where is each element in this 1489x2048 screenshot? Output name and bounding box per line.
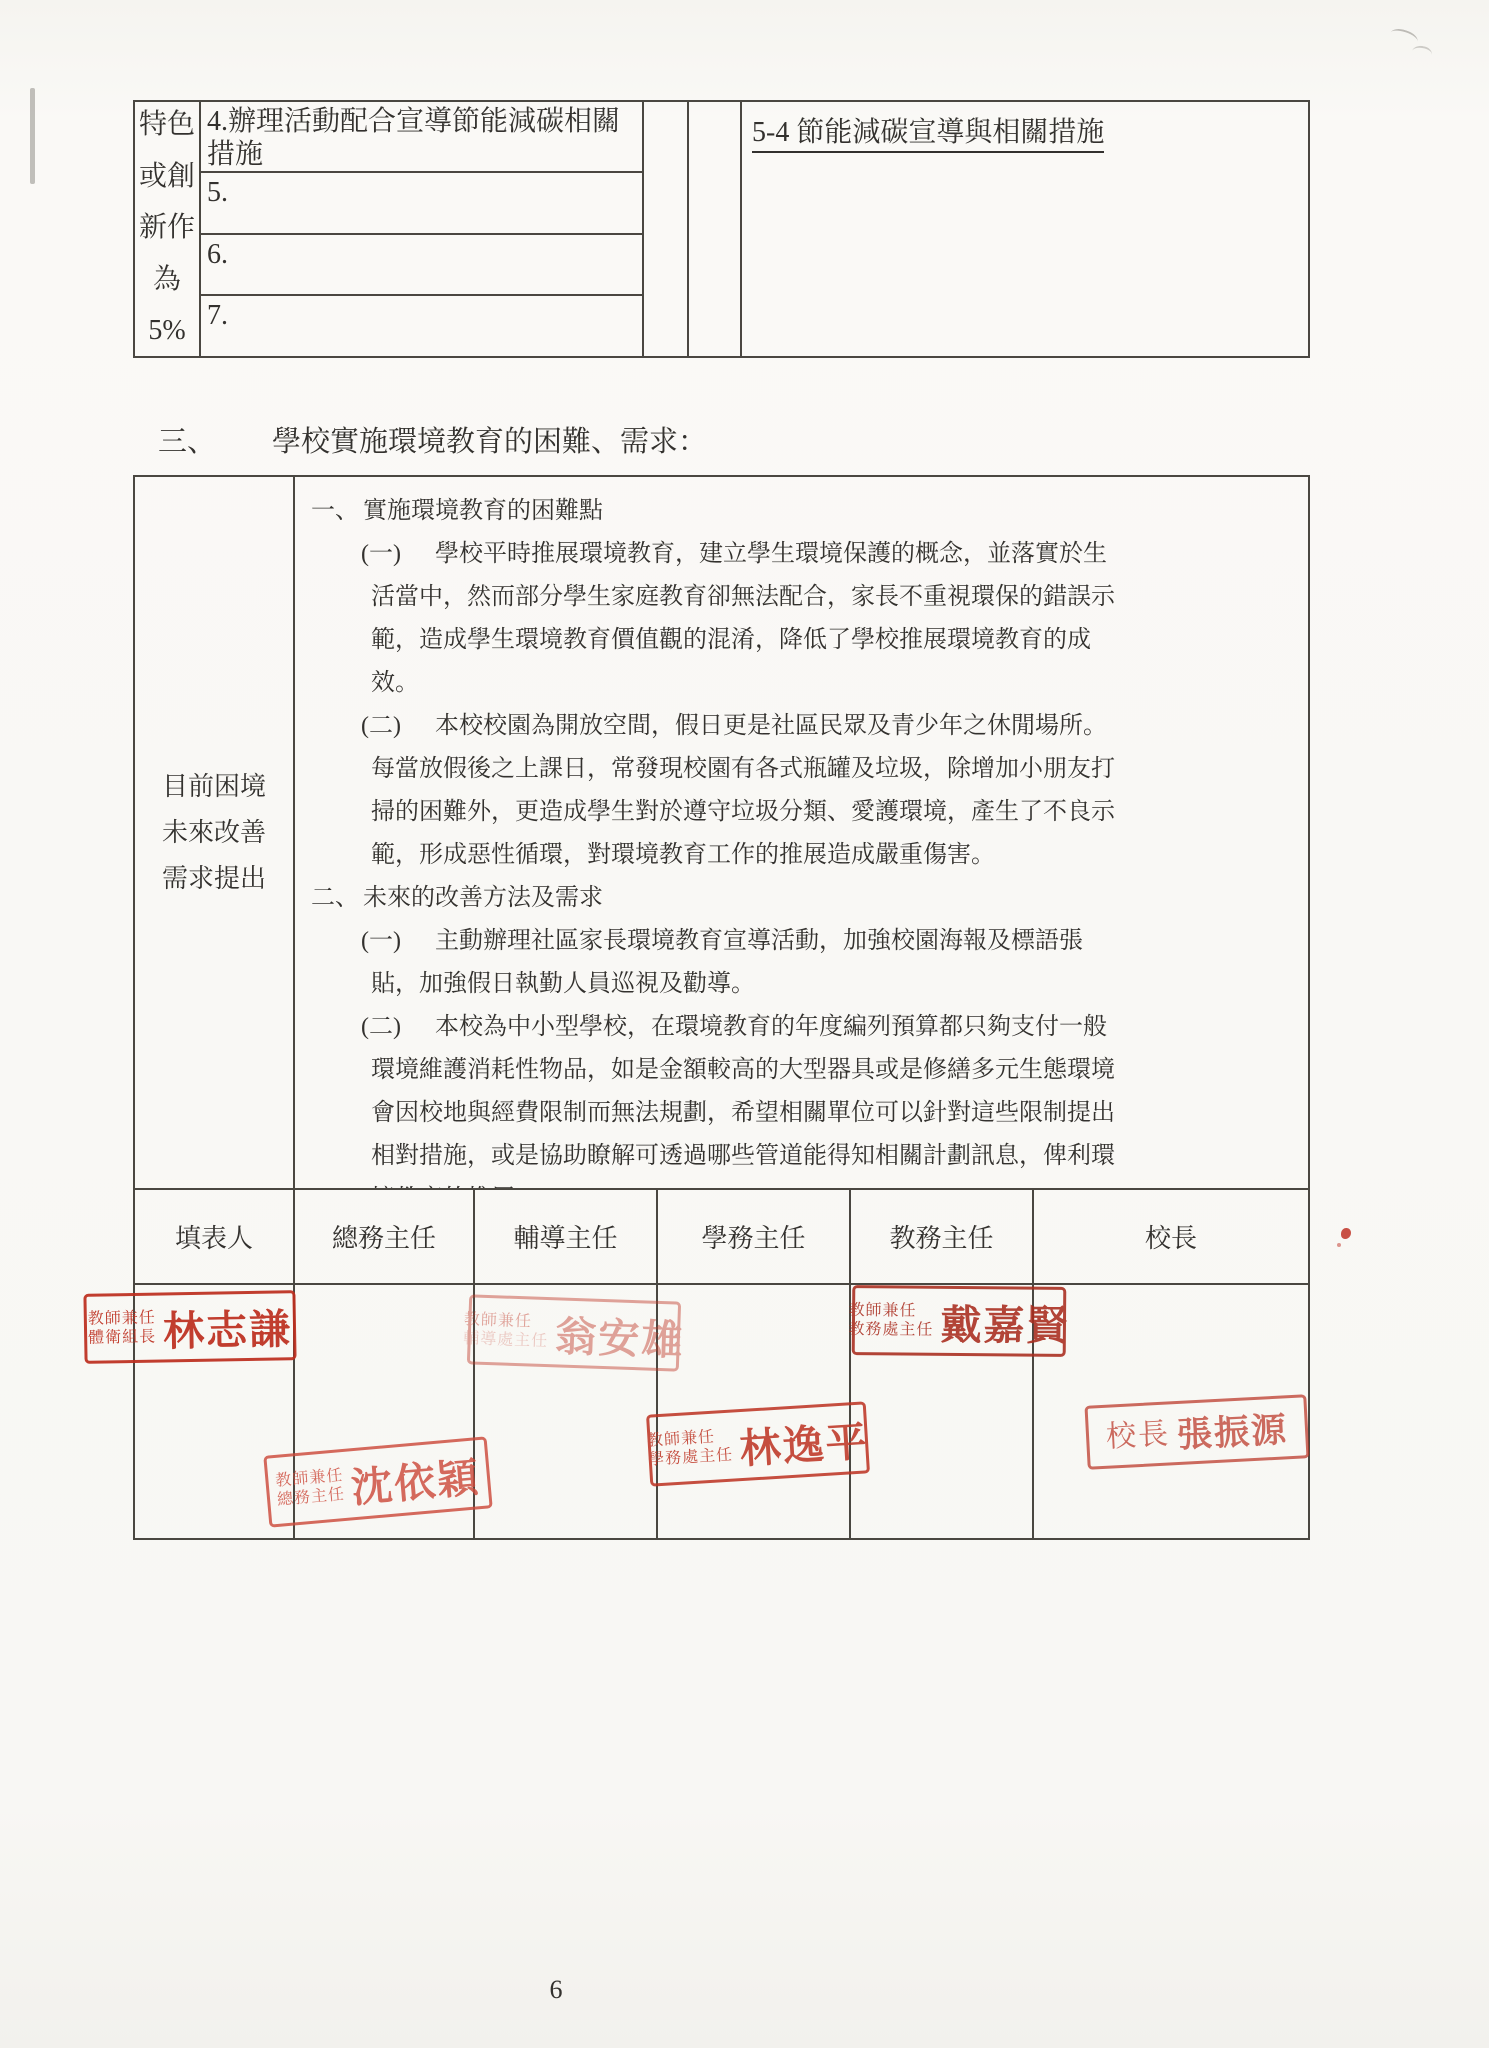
- stamp-title-line: 輔導處主任: [463, 1329, 549, 1351]
- difficulty-row-label: 目前困境 未來改善 需求提出: [135, 477, 293, 1188]
- difficulty-content-row: 目前困境 未來改善 需求提出 一、實施環境教育的困難點 (一)學校平時推展環境教…: [135, 477, 1308, 1188]
- section-title: 學校實施環境教育的困難、需求：: [272, 426, 707, 458]
- paragraph: (二)本校為中小型學校，在環境教育的年度編列預算都只夠支付一般環境維護消耗性物品…: [361, 1006, 1127, 1188]
- header-counseling-director: 輔導主任: [473, 1190, 656, 1283]
- paragraph: (一)學校平時推展環境教育，建立學生環境保護的概念，並落實於生活當中，然而部分學…: [361, 533, 1127, 705]
- stamp-title-line: 校長: [1106, 1424, 1171, 1446]
- paragraph: 一、實施環境教育的困難點: [311, 490, 1308, 533]
- pen-mark: [1389, 26, 1420, 48]
- header-filler: 填表人: [135, 1190, 293, 1283]
- paragraph: (一)主動辦理社區家長環境教育宣導活動，加強校園海報及標語張貼，加強假日執勤人員…: [361, 920, 1127, 1006]
- stamp-weng-an-xiong: 教師兼任 輔導處主任 翁安雄: [467, 1294, 681, 1371]
- paragraph-text: 主動辦理社區家長環境教育宣導活動，加強校園海報及標語張貼，加強假日執勤人員巡視及…: [371, 928, 1083, 997]
- paragraph-text: 本校為中小型學校，在環境教育的年度編列預算都只夠支付一般環境維護消耗性物品，如是…: [371, 1014, 1115, 1188]
- difficulty-text-cell: 一、實施環境教育的困難點 (一)學校平時推展環境教育，建立學生環境保護的概念，並…: [293, 477, 1308, 1188]
- pen-mark: [1411, 44, 1433, 61]
- stamp-principal-zhang-zhen-yuan: 校長 張振源: [1084, 1394, 1309, 1470]
- row-label-line: 特色: [135, 110, 199, 140]
- stamp-title-line: 教師兼任: [849, 1301, 934, 1321]
- red-ink-dot: [1341, 1228, 1351, 1239]
- feature-innovation-table: 特色 或創 新作 為 5% 4.辦理活動配合宣導節能減碳相關措施 5. 6. 7…: [133, 100, 1310, 358]
- feature-item-4: 4.辦理活動配合宣導節能減碳相關措施: [201, 102, 642, 171]
- row-label-line: 未來改善: [135, 810, 293, 856]
- stamp-name: 戴嘉賢: [940, 1291, 1070, 1351]
- stamp-name: 林志謙: [163, 1296, 293, 1357]
- paragraph-marker: (一): [361, 533, 435, 576]
- paragraph-text: 學校平時推展環境教育，建立學生環境保護的概念，並落實於生活當中，然而部分學生家庭…: [371, 541, 1115, 696]
- header-student-affairs-director: 學務主任: [656, 1190, 849, 1283]
- row-label-line: 或創: [135, 162, 199, 192]
- paragraph-marker: (二): [361, 1006, 435, 1049]
- row-label-line: 目前困境: [135, 764, 293, 810]
- stamp-title: 校長: [1106, 1424, 1171, 1446]
- row-label-line: 為: [135, 265, 199, 295]
- stamp-title: 教師兼任 輔導處主任: [463, 1310, 549, 1351]
- stamp-name: 翁安雄: [554, 1303, 685, 1366]
- feature-item-6: 6.: [201, 233, 642, 295]
- header-principal: 校長: [1032, 1190, 1308, 1283]
- header-academic-affairs-director: 教務主任: [849, 1190, 1032, 1283]
- stamp-name: 林逸平: [738, 1408, 870, 1475]
- empty-column: [687, 102, 740, 356]
- paragraph-marker: 二、: [311, 877, 363, 920]
- paragraph-text: 未來的改善方法及需求: [363, 885, 603, 911]
- red-ink-speck: [1337, 1243, 1341, 1247]
- indicator-note-underlined: 5-4 節能減碳宣導與相關措施: [752, 117, 1104, 153]
- stamp-title-line: 教務處主任: [848, 1320, 933, 1340]
- indicator-note-cell: 5-4 節能減碳宣導與相關措施: [740, 102, 1308, 356]
- difficulty-needs-table: 目前困境 未來改善 需求提出 一、實施環境教育的困難點 (一)學校平時推展環境教…: [133, 475, 1310, 1540]
- header-general-affairs-director: 總務主任: [293, 1190, 473, 1283]
- row-label-line: 5%: [135, 316, 199, 346]
- stamp-name: 張振源: [1176, 1402, 1289, 1458]
- paragraph-marker: (一): [361, 920, 435, 963]
- stamp-title-line: 體衛組長: [88, 1328, 156, 1348]
- stamp-title-line: 教師兼任: [88, 1309, 156, 1329]
- stamp-name: 沈依穎: [349, 1444, 483, 1514]
- page-number: 6: [536, 1975, 576, 2005]
- scanned-document-page: 特色 或創 新作 為 5% 4.辦理活動配合宣導節能減碳相關措施 5. 6. 7…: [0, 0, 1489, 2048]
- stamp-title: 教師兼任 總務主任: [275, 1466, 346, 1510]
- paragraph: (二)本校校園為開放空間，假日更是社區民眾及青少年之休閒場所。每當放假後之上課日…: [361, 705, 1127, 877]
- stamp-title: 教師兼任 體衛組長: [88, 1309, 157, 1348]
- stamp-lin-yi-ping: 教師兼任 學務處主任 林逸平: [646, 1401, 870, 1486]
- paragraph-text: 本校校園為開放空間，假日更是社區民眾及青少年之休閒場所。每當放假後之上課日，常發…: [371, 713, 1115, 868]
- section-numeral: 三、: [158, 426, 216, 458]
- row-label-line: 新作: [135, 213, 199, 243]
- empty-column: [642, 102, 687, 356]
- stamp-title-line: 學務處主任: [648, 1446, 734, 1470]
- paragraph: 二、未來的改善方法及需求: [311, 877, 1308, 920]
- stamp-dai-jia-xian: 教師兼任 教務處主任 戴嘉賢: [852, 1285, 1067, 1357]
- signature-header-row: 填表人 總務主任 輔導主任 學務主任 教務主任 校長: [135, 1188, 1308, 1283]
- paragraph-marker: 一、: [311, 490, 363, 533]
- feature-item-7: 7.: [201, 294, 642, 356]
- section-heading: 三、學校實施環境教育的困難、需求：: [158, 422, 707, 462]
- stamp-title: 教師兼任 學務處主任: [647, 1427, 734, 1470]
- feature-items-column: 4.辦理活動配合宣導節能減碳相關措施 5. 6. 7.: [199, 102, 642, 356]
- row-label-line: 需求提出: [135, 856, 293, 902]
- paragraph-marker: (二): [361, 705, 435, 748]
- stamp-title: 教師兼任 教務處主任: [848, 1301, 933, 1340]
- feature-item-5: 5.: [201, 171, 642, 233]
- stamp-lin-zhi-qian: 教師兼任 體衛組長 林志謙: [83, 1290, 296, 1364]
- feature-table-row-label: 特色 或創 新作 為 5%: [135, 102, 199, 356]
- scan-edge-artifact: [30, 88, 35, 184]
- paragraph-text: 實施環境教育的困難點: [363, 498, 603, 524]
